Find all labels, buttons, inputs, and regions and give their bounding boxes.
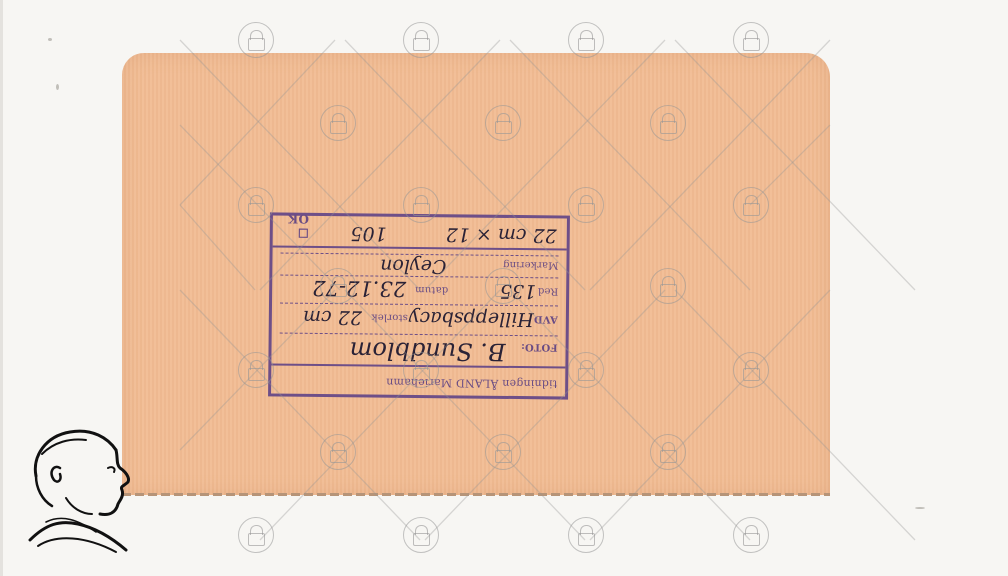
lock-icon	[238, 517, 274, 553]
lock-icon	[320, 105, 356, 141]
lock-icon	[403, 517, 439, 553]
profile-portrait-logo	[26, 428, 136, 554]
lock-icon	[485, 268, 521, 304]
lock-icon	[320, 434, 356, 470]
lock-icon	[568, 352, 604, 388]
lock-icon	[238, 187, 274, 223]
lock-icon	[403, 22, 439, 58]
lock-icon	[733, 352, 769, 388]
lock-icon	[650, 268, 686, 304]
lock-icon	[403, 187, 439, 223]
lock-icon	[650, 105, 686, 141]
lock-icon	[403, 352, 439, 388]
lock-icon	[568, 187, 604, 223]
lock-icon	[733, 517, 769, 553]
lock-icon	[733, 187, 769, 223]
lock-icon	[238, 352, 274, 388]
lock-icon	[485, 434, 521, 470]
lock-icon	[568, 22, 604, 58]
lock-icon	[568, 517, 604, 553]
lock-icon	[733, 22, 769, 58]
lock-icon	[238, 22, 274, 58]
lock-icon	[320, 268, 356, 304]
lock-icon	[485, 105, 521, 141]
lock-icon	[650, 434, 686, 470]
